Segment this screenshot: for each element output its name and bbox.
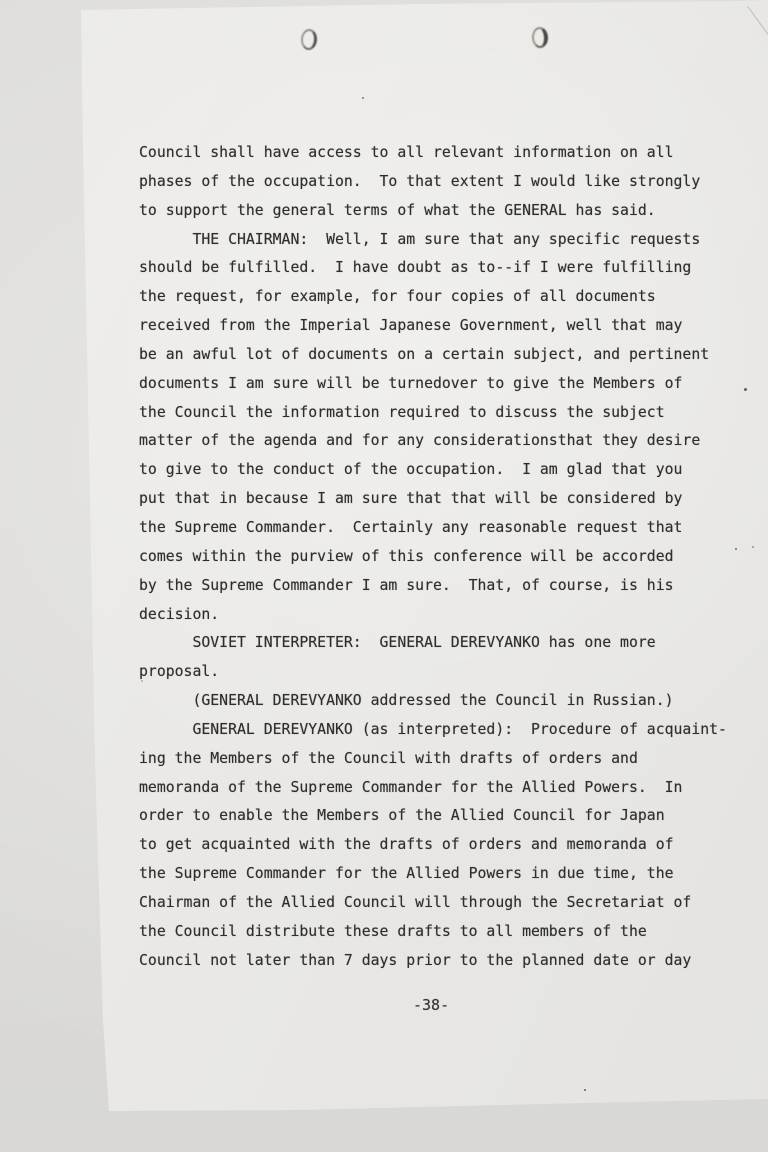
scan-speck <box>584 1089 586 1091</box>
punch-hole-icon <box>531 27 548 49</box>
scan-speck <box>752 546 754 548</box>
scan-speck <box>141 680 143 682</box>
scan-speck <box>744 388 747 391</box>
punch-hole-icon <box>300 28 317 50</box>
scan-speck <box>735 548 737 550</box>
scan-speck <box>362 97 364 99</box>
corner-fold-line <box>747 6 768 36</box>
page-number: -38- <box>413 996 449 1014</box>
typewritten-text: Council shall have access to all relevan… <box>139 139 727 975</box>
page-content: Council shall have access to all relevan… <box>0 0 768 1152</box>
